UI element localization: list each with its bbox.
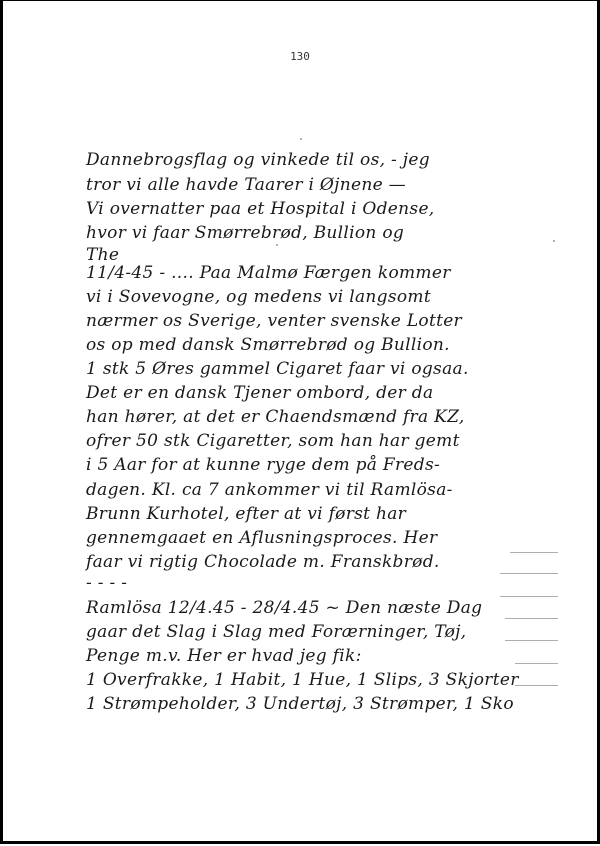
handwritten-line: 11/4-45 - .... Paa Malmø Færgen kommer xyxy=(86,263,451,283)
ruled-line xyxy=(500,573,558,574)
handwritten-line: Dannebrogsflag og vinkede til os, - jeg xyxy=(86,150,430,170)
handwritten-line: Penge m.v. Her er hvad jeg fik: xyxy=(86,646,362,666)
handwritten-line: tror vi alle havde Taarer i Øjnene — xyxy=(86,175,406,195)
handwritten-line: 1 Strømpeholder, 3 Undertøj, 3 Strømper,… xyxy=(86,694,514,714)
handwritten-line: os op med dansk Smørrebrød og Bullion. xyxy=(86,335,450,355)
scan-speck xyxy=(276,244,278,246)
handwritten-line: Vi overnatter paa et Hospital i Odense, xyxy=(86,199,435,219)
ruled-line xyxy=(500,596,558,597)
handwritten-line: ofrer 50 stk Cigaretter, som han har gem… xyxy=(86,431,460,451)
handwritten-line: Brunn Kurhotel, efter at vi først har xyxy=(86,504,406,524)
handwritten-line: gaar det Slag i Slag med Forærninger, Tø… xyxy=(86,622,466,642)
scan-speck xyxy=(300,138,302,140)
page-number: 130 xyxy=(0,50,600,63)
ruled-line xyxy=(505,640,558,641)
handwritten-line: - - - - xyxy=(86,573,127,593)
handwritten-line: vi i Sovevogne, og medens vi langsomt xyxy=(86,287,431,307)
handwritten-line: 1 stk 5 Øres gammel Cigaret faar vi ogsa… xyxy=(86,359,469,379)
ruled-line xyxy=(515,663,558,664)
handwritten-line: Ramlösa 12/4.45 - 28/4.45 ~ Den næste Da… xyxy=(86,598,482,618)
handwritten-line: hvor vi faar Smørrebrød, Bullion og xyxy=(86,223,404,243)
handwritten-line: gennemgaaet en Aflusningsproces. Her xyxy=(86,528,437,548)
handwritten-line: i 5 Aar for at kunne ryge dem på Freds- xyxy=(86,455,440,475)
handwritten-line: nærmer os Sverige, venter svenske Lotter xyxy=(86,311,462,331)
handwritten-line: han hører, at det er Chaendsmænd fra KZ, xyxy=(86,407,465,427)
handwritten-line: 1 Overfrakke, 1 Habit, 1 Hue, 1 Slips, 3… xyxy=(86,670,519,690)
handwritten-line: faar vi rigtig Chocolade m. Franskbrød. xyxy=(86,552,440,572)
handwritten-line: Det er en dansk Tjener ombord, der da xyxy=(86,383,433,403)
scan-speck xyxy=(553,240,555,242)
handwritten-line: dagen. Kl. ca 7 ankommer vi til Ramlösa- xyxy=(86,480,453,500)
ruled-line xyxy=(505,618,558,619)
ruled-line xyxy=(510,552,558,553)
handwritten-line: The xyxy=(86,245,119,265)
ruled-line xyxy=(515,685,558,686)
